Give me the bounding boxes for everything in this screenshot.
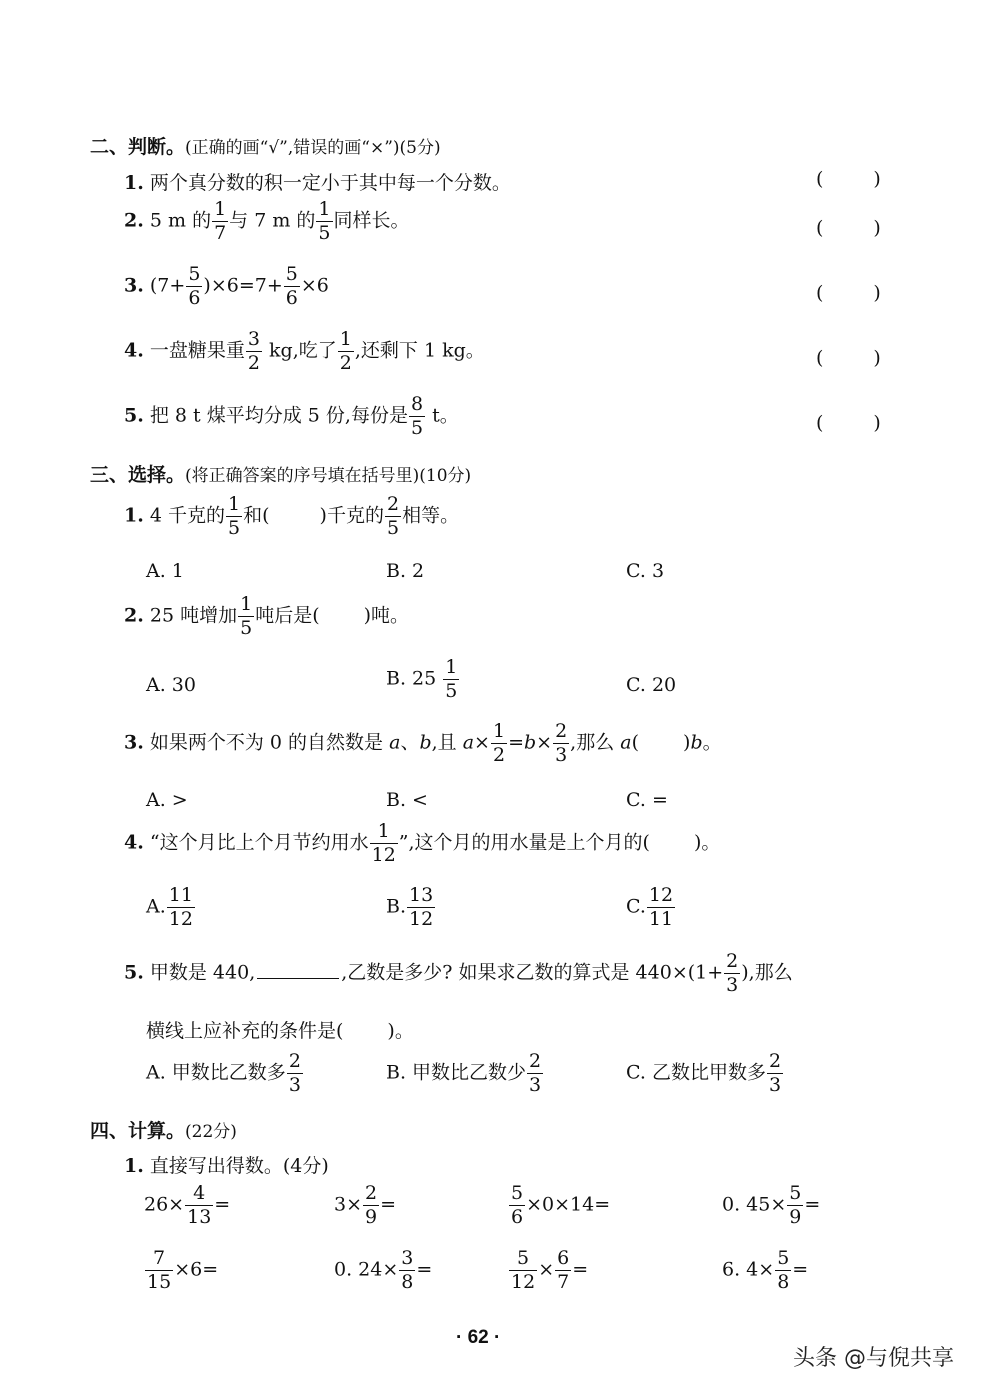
numerator: 2 bbox=[385, 495, 401, 516]
fraction: 25 bbox=[385, 495, 401, 538]
expr-text: = bbox=[214, 1194, 230, 1216]
paren-open: ( bbox=[816, 347, 823, 369]
numerator: 5 bbox=[284, 265, 300, 286]
expr-text: = bbox=[380, 1194, 396, 1216]
item-text: 吨后是( bbox=[255, 605, 319, 627]
option-b: B. < bbox=[386, 789, 428, 811]
option-a: A. 30 bbox=[146, 674, 196, 696]
numerator: 3 bbox=[399, 1249, 415, 1270]
denominator: 5 bbox=[409, 416, 425, 438]
numerator: 2 bbox=[724, 952, 740, 973]
answer-blank-2[interactable]: () bbox=[816, 217, 881, 239]
denominator: 8 bbox=[399, 1270, 415, 1292]
denominator: 3 bbox=[287, 1073, 303, 1095]
numerator: 13 bbox=[407, 886, 435, 907]
section-4-title: 四、计算。(22分) bbox=[90, 1116, 237, 1143]
item-text: ,还剩下 1 kg。 bbox=[355, 340, 485, 362]
item-text: 与 7 m 的 bbox=[229, 210, 315, 232]
paren-open: ( bbox=[816, 412, 823, 434]
option-a: A. > bbox=[146, 789, 188, 811]
denominator: 15 bbox=[145, 1270, 173, 1292]
expr-text: = bbox=[572, 1259, 588, 1281]
expr-text: 3× bbox=[334, 1194, 362, 1216]
fraction: 12 bbox=[338, 330, 354, 373]
fraction: 23 bbox=[553, 722, 569, 765]
numerator: 3 bbox=[246, 330, 262, 351]
item-text: (7+ bbox=[150, 275, 185, 297]
fraction: 15 bbox=[238, 595, 254, 638]
denominator: 3 bbox=[767, 1073, 783, 1095]
answer-blank-1[interactable]: () bbox=[816, 168, 881, 190]
denominator: 5 bbox=[385, 516, 401, 538]
numerator: 8 bbox=[409, 395, 425, 416]
option-c-label: C. bbox=[626, 896, 646, 918]
item-text: 两个真分数的积一定小于其中每一个分数。 bbox=[150, 172, 511, 194]
numerator: 1 bbox=[443, 658, 459, 679]
numerator: 12 bbox=[647, 886, 675, 907]
numerator: 1 bbox=[226, 495, 242, 516]
option-b: B.1312 bbox=[386, 886, 436, 929]
judge-item-4: 4. 一盘糖果重32 kg,吃了12,还剩下 1 kg。 bbox=[124, 330, 485, 373]
choice-q1: 1. 4 千克的15和()千克的25相等。 bbox=[124, 495, 459, 538]
item-text: 25 吨增加 bbox=[150, 605, 237, 627]
denominator: 5 bbox=[226, 516, 242, 538]
numerator: 1 bbox=[212, 200, 228, 221]
item-number: 5. bbox=[124, 962, 144, 984]
option-b: B. 25 15 bbox=[386, 658, 460, 701]
var-b: b bbox=[690, 732, 702, 754]
fraction: 56 bbox=[284, 265, 300, 308]
fraction: 56 bbox=[186, 265, 202, 308]
denominator: 3 bbox=[527, 1073, 543, 1095]
option-b-label: B. 甲数比乙数少 bbox=[386, 1062, 526, 1084]
expr-text: 6. 4× bbox=[722, 1259, 774, 1281]
option-c: C. = bbox=[626, 789, 668, 811]
option-a: A. 1 bbox=[146, 560, 184, 582]
section-3-heading: 三、选择。 bbox=[90, 464, 185, 486]
section-2-note: (正确的画“√”,错误的画“×”)(5分) bbox=[185, 138, 441, 158]
option-b-label: B. 25 bbox=[386, 668, 436, 690]
item-text: 、 bbox=[400, 732, 419, 754]
expr-text: ×0×14= bbox=[526, 1194, 610, 1216]
option-c-label: C. 乙数比甲数多 bbox=[626, 1062, 766, 1084]
item-text: )千克的 bbox=[320, 505, 384, 527]
item-number: 2. bbox=[124, 605, 144, 627]
choice-q5: 5. 甲数是 440,,乙数是多少? 如果求乙数的算式是 440×(1+23),… bbox=[124, 952, 793, 995]
item-number: 4. bbox=[124, 832, 144, 854]
numerator: 5 bbox=[509, 1184, 525, 1205]
denominator: 2 bbox=[491, 743, 507, 765]
numerator: 5 bbox=[509, 1249, 537, 1270]
section-4-heading: 四、计算。 bbox=[90, 1120, 185, 1142]
var-a: a bbox=[620, 732, 631, 754]
item-number: 2. bbox=[124, 210, 144, 232]
item-text: × bbox=[474, 732, 490, 754]
item-number: 5. bbox=[124, 405, 144, 427]
denominator: 8 bbox=[775, 1270, 791, 1292]
expr-text: = bbox=[792, 1259, 808, 1281]
denominator: 3 bbox=[724, 973, 740, 995]
fraction: 23 bbox=[724, 952, 740, 995]
numerator: 1 bbox=[338, 330, 354, 351]
fraction: 12 bbox=[491, 722, 507, 765]
fraction: 15 bbox=[443, 658, 459, 701]
option-a-label: A. bbox=[146, 896, 166, 918]
choice-q4: 4. “这个月比上个月节约用水112”,这个月的用水量是上个月的()。 bbox=[124, 822, 720, 865]
item-text: 甲数是 440, bbox=[150, 962, 255, 984]
numerator: 2 bbox=[527, 1052, 543, 1073]
page-number: · 62 · bbox=[456, 1327, 500, 1349]
numerator: 6 bbox=[555, 1249, 571, 1270]
paren-open: ( bbox=[816, 168, 823, 190]
calc-item: 6. 4×58= bbox=[722, 1249, 808, 1292]
fraction: 17 bbox=[212, 200, 228, 243]
numerator: 2 bbox=[287, 1052, 303, 1073]
numerator: 2 bbox=[363, 1184, 379, 1205]
answer-blank-3[interactable]: () bbox=[816, 282, 881, 304]
expr-text: ×6= bbox=[174, 1259, 218, 1281]
item-text: 。 bbox=[703, 732, 722, 754]
numerator: 11 bbox=[167, 886, 195, 907]
denominator: 5 bbox=[238, 616, 254, 638]
item-text: t。 bbox=[426, 405, 459, 427]
fraction: 56 bbox=[509, 1184, 525, 1227]
denominator: 7 bbox=[555, 1270, 571, 1292]
item-text: ×6 bbox=[301, 275, 329, 297]
denominator: 5 bbox=[443, 679, 459, 701]
denominator: 7 bbox=[212, 221, 228, 243]
item-text: ),那么 bbox=[741, 962, 792, 984]
denominator: 6 bbox=[509, 1205, 525, 1227]
fraction: 38 bbox=[399, 1249, 415, 1292]
option-c: C.1211 bbox=[626, 886, 676, 929]
watermark: 头条 @与倪共享 bbox=[793, 1341, 954, 1372]
item-text: 直接写出得数。(4分) bbox=[150, 1155, 329, 1177]
paren-close: ) bbox=[873, 347, 880, 369]
fraction: 23 bbox=[527, 1052, 543, 1095]
item-text: )吨。 bbox=[364, 605, 409, 627]
item-text: ”,这个月的用水量是上个月的( bbox=[399, 832, 650, 854]
item-text: ,乙数是多少? 如果求乙数的算式是 440×(1+ bbox=[341, 962, 723, 984]
item-text: ,且 bbox=[432, 732, 463, 754]
expr-text: × bbox=[538, 1259, 554, 1281]
denominator: 5 bbox=[316, 221, 332, 243]
denominator: 13 bbox=[185, 1205, 213, 1227]
denominator: 2 bbox=[338, 351, 354, 373]
choice-q5-line2: 横线上应补充的条件是()。 bbox=[146, 1016, 414, 1043]
answer-blank-4[interactable]: () bbox=[816, 347, 881, 369]
section-4-note: (22分) bbox=[185, 1122, 237, 1142]
fraction: 112 bbox=[370, 822, 398, 865]
item-number: 4. bbox=[124, 340, 144, 362]
expr-text: 26× bbox=[144, 1194, 184, 1216]
judge-item-3: 3. (7+56)×6=7+56×6 bbox=[124, 265, 329, 308]
denominator: 2 bbox=[246, 351, 262, 373]
item-text: )。 bbox=[694, 832, 720, 854]
option-c: C. 3 bbox=[626, 560, 664, 582]
item-text: 一盘糖果重 bbox=[150, 340, 245, 362]
item-text: 把 8 t 煤平均分成 5 份,每份是 bbox=[150, 405, 408, 427]
fraction: 23 bbox=[287, 1052, 303, 1095]
item-number: 1. bbox=[124, 1155, 144, 1177]
choice-q3: 3. 如果两个不为 0 的自然数是 a、b,且 a×12=b×23,那么 a()… bbox=[124, 722, 722, 765]
item-text: 4 千克的 bbox=[150, 505, 225, 527]
calc-item: 26×413= bbox=[144, 1184, 230, 1227]
calc-item: 0. 24×38= bbox=[334, 1249, 432, 1292]
item-number: 1. bbox=[124, 172, 144, 194]
calc-item: 3×29= bbox=[334, 1184, 396, 1227]
var-b: b bbox=[419, 732, 431, 754]
numerator: 1 bbox=[370, 822, 398, 843]
option-a-label: A. 甲数比乙数多 bbox=[146, 1062, 286, 1084]
answer-blank-5[interactable]: () bbox=[816, 412, 881, 434]
denominator: 9 bbox=[787, 1205, 803, 1227]
fraction: 23 bbox=[767, 1052, 783, 1095]
numerator: 2 bbox=[553, 722, 569, 743]
fraction: 1112 bbox=[167, 886, 195, 929]
option-b-label: B. bbox=[386, 896, 406, 918]
denominator: 6 bbox=[284, 286, 300, 308]
item-text: 同样长。 bbox=[334, 210, 410, 232]
numerator: 2 bbox=[767, 1052, 783, 1073]
fraction: 58 bbox=[775, 1249, 791, 1292]
denominator: 12 bbox=[509, 1270, 537, 1292]
calc-item: 512×67= bbox=[508, 1249, 588, 1292]
option-b: B. 甲数比乙数少23 bbox=[386, 1052, 544, 1095]
calc-item: 56×0×14= bbox=[508, 1184, 610, 1227]
expr-text: 0. 45× bbox=[722, 1194, 786, 1216]
numerator: 5 bbox=[186, 265, 202, 286]
denominator: 12 bbox=[167, 907, 195, 929]
var-a: a bbox=[389, 732, 400, 754]
fraction: 32 bbox=[246, 330, 262, 373]
fraction: 1211 bbox=[647, 886, 675, 929]
fraction: 512 bbox=[509, 1249, 537, 1292]
numerator: 4 bbox=[185, 1184, 213, 1205]
item-text: 如果两个不为 0 的自然数是 bbox=[150, 732, 389, 754]
denominator: 12 bbox=[370, 843, 398, 865]
fraction: 85 bbox=[409, 395, 425, 438]
section-2-heading: 二、判断。 bbox=[90, 136, 185, 158]
paren-open: ( bbox=[816, 282, 823, 304]
option-a: A.1112 bbox=[146, 886, 196, 929]
fraction: 15 bbox=[226, 495, 242, 538]
denominator: 3 bbox=[553, 743, 569, 765]
fraction: 29 bbox=[363, 1184, 379, 1227]
var-a: a bbox=[463, 732, 474, 754]
paren-close: ) bbox=[873, 168, 880, 190]
fraction: 15 bbox=[316, 200, 332, 243]
item-text: )×6=7+ bbox=[203, 275, 282, 297]
item-text: “这个月比上个月节约用水 bbox=[150, 832, 369, 854]
item-text: ,那么 bbox=[570, 732, 620, 754]
option-b: B. 2 bbox=[386, 560, 424, 582]
paren-close: ) bbox=[873, 412, 880, 434]
option-c: C. 20 bbox=[626, 674, 676, 696]
item-number: 3. bbox=[124, 275, 144, 297]
section-3-title: 三、选择。(将正确答案的序号填在括号里)(10分) bbox=[90, 460, 471, 487]
var-b: b bbox=[524, 732, 536, 754]
expr-text: = bbox=[416, 1259, 432, 1281]
fraction: 1312 bbox=[407, 886, 435, 929]
calc-item: 715×6= bbox=[144, 1249, 218, 1292]
expr-text: 0. 24× bbox=[334, 1259, 398, 1281]
numerator: 5 bbox=[775, 1249, 791, 1270]
numerator: 1 bbox=[316, 200, 332, 221]
item-text: × bbox=[536, 732, 552, 754]
item-text: )。 bbox=[387, 1020, 413, 1042]
paren-close: ) bbox=[873, 282, 880, 304]
item-text: = bbox=[508, 732, 524, 754]
section-2-title: 二、判断。(正确的画“√”,错误的画“×”)(5分) bbox=[90, 132, 441, 159]
option-a: A. 甲数比乙数多23 bbox=[146, 1052, 304, 1095]
item-text: 和( bbox=[243, 505, 269, 527]
section-3-note: (将正确答案的序号填在括号里)(10分) bbox=[185, 466, 471, 486]
denominator: 11 bbox=[647, 907, 675, 929]
numerator: 1 bbox=[491, 722, 507, 743]
item-number: 3. bbox=[124, 732, 144, 754]
fraction: 715 bbox=[145, 1249, 173, 1292]
option-c: C. 乙数比甲数多23 bbox=[626, 1052, 784, 1095]
judge-item-1: 1. 两个真分数的积一定小于其中每一个分数。 bbox=[124, 168, 511, 195]
denominator: 12 bbox=[407, 907, 435, 929]
numerator: 1 bbox=[238, 595, 254, 616]
numerator: 7 bbox=[145, 1249, 173, 1270]
item-text: 横线上应补充的条件是( bbox=[146, 1020, 343, 1042]
item-text: kg,吃了 bbox=[263, 340, 337, 362]
calc-sub-1: 1. 直接写出得数。(4分) bbox=[124, 1151, 329, 1178]
denominator: 6 bbox=[186, 286, 202, 308]
denominator: 9 bbox=[363, 1205, 379, 1227]
item-text: ( bbox=[632, 732, 639, 754]
item-text: 相等。 bbox=[402, 505, 459, 527]
fraction: 413 bbox=[185, 1184, 213, 1227]
choice-q2: 2. 25 吨增加15吨后是()吨。 bbox=[124, 595, 409, 638]
item-number: 1. bbox=[124, 505, 144, 527]
expr-text: = bbox=[804, 1194, 820, 1216]
judge-item-5: 5. 把 8 t 煤平均分成 5 份,每份是85 t。 bbox=[124, 395, 459, 438]
calc-item: 0. 45×59= bbox=[722, 1184, 820, 1227]
numerator: 5 bbox=[787, 1184, 803, 1205]
fill-in-line[interactable] bbox=[257, 962, 339, 979]
judge-item-2: 2. 5 m 的17与 7 m 的15同样长。 bbox=[124, 200, 410, 243]
fraction: 59 bbox=[787, 1184, 803, 1227]
fraction: 67 bbox=[555, 1249, 571, 1292]
paren-open: ( bbox=[816, 217, 823, 239]
item-text: 5 m 的 bbox=[150, 210, 211, 232]
paren-close: ) bbox=[873, 217, 880, 239]
